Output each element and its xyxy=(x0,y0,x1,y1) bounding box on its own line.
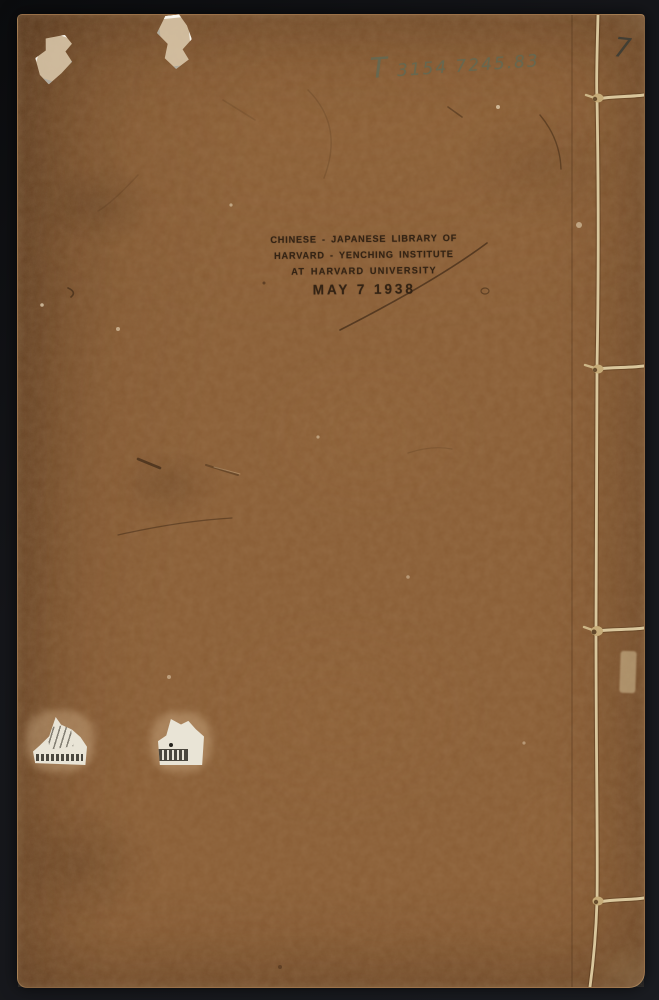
corner-number-handwriting: 7 xyxy=(612,32,632,65)
label-remnant-right xyxy=(158,719,204,765)
paper-mottle-texture xyxy=(18,15,644,987)
stamp-line-2: HARVARD - YENCHING INSTITUTE xyxy=(237,247,491,266)
stamp-date-line: MAY 7 1938 xyxy=(237,280,491,300)
tape-residue xyxy=(619,651,636,694)
library-stamp: CHINESE - JAPANESE LIBRARY OF HARVARD - … xyxy=(237,231,492,300)
label-print-band xyxy=(36,754,82,762)
stamp-line-3: AT HARVARD UNIVERSITY xyxy=(237,263,491,282)
label-print-band xyxy=(159,750,187,760)
label-ink-dot xyxy=(169,743,173,747)
label-remnant-left xyxy=(33,717,87,765)
scan-background: CHINESE - JAPANESE LIBRARY OF HARVARD - … xyxy=(0,0,659,1000)
cover-texture-overlay xyxy=(18,15,644,987)
book-cover: CHINESE - JAPANESE LIBRARY OF HARVARD - … xyxy=(17,14,645,988)
